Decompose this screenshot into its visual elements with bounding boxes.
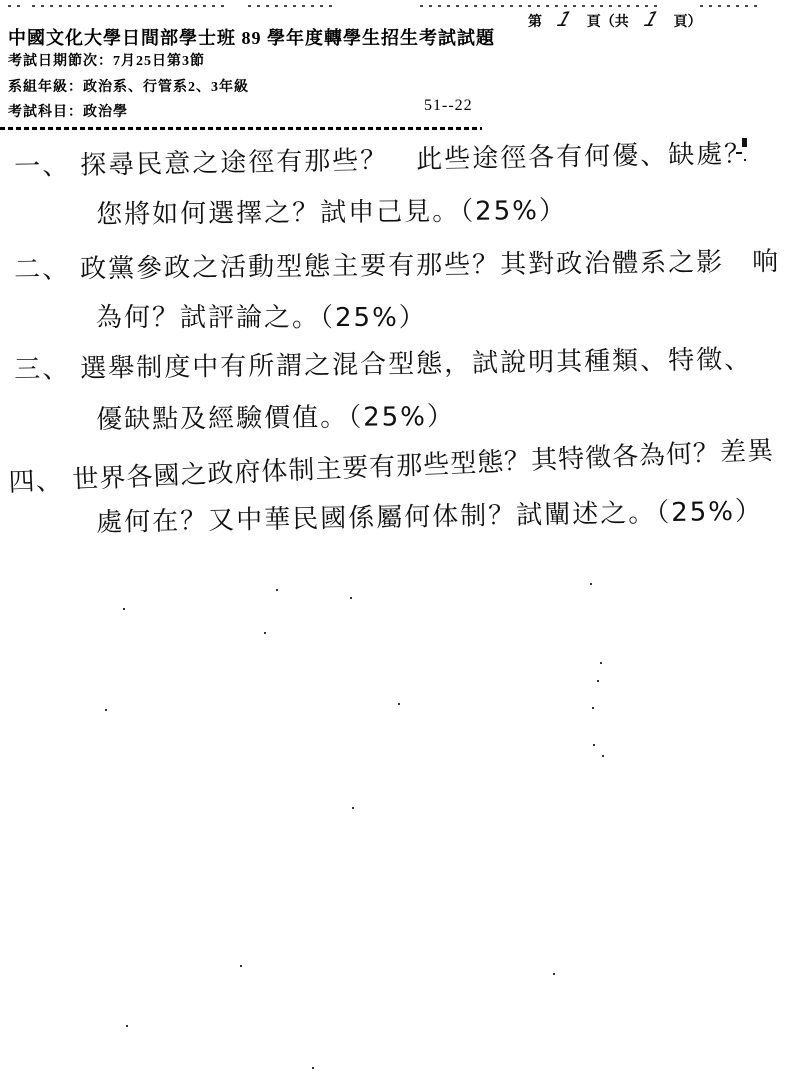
question-3-line-1: 三、 選舉制度中有所謂之混合型態，試說明其種類、特徵、: [14, 345, 752, 386]
scan-speckle: [126, 1025, 128, 1027]
question-3-line-2: 優缺點及經驗價值。（25%）: [96, 402, 455, 436]
question-3-text: 選舉制度中有所謂之混合型態，試說明其種類、特徵、: [80, 345, 752, 386]
scan-speckle: [350, 597, 352, 599]
scan-speckle: [590, 583, 592, 585]
scan-speckle: [553, 973, 555, 975]
question-4-line-2: 處何在？又中華民國係屬何体制？試闡述之。（25%）: [96, 496, 763, 539]
question-4-number: 四、: [8, 466, 63, 499]
exam-paper-scan: 第 1 頁（共 1 頁） 中國文化大學日間部學士班 89 學年度轉學生招生考試試…: [0, 0, 788, 1082]
question-1-number: 一、: [14, 151, 71, 183]
department-line: 系組年級：政治系、行管系2、3年級: [8, 76, 249, 96]
scan-dotted-line: [420, 5, 658, 7]
question-4-text: 世界各國之政府体制主要有那些型態？其特徵各為何？差異: [72, 436, 775, 497]
scan-speckle: [240, 965, 242, 967]
scan-speckle: [312, 1067, 314, 1069]
question-2-line-1: 二、 政黨參政之活動型態主要有那些？其對政治體系之影 响: [14, 247, 780, 286]
question-2-text: 政黨參政之活動型態主要有那些？其對政治體系之影 响: [80, 247, 780, 286]
scan-dotted-line: [248, 5, 334, 7]
question-2-line-2: 為何？試評論之。（25%）: [96, 303, 427, 334]
question-3-number: 三、: [14, 354, 70, 386]
question-4-line-1: 四、 世界各國之政府体制主要有那些型態？其特徵各為何？差異: [8, 436, 775, 499]
exam-date-line: 考試日期節次：7月25日第3節: [8, 50, 205, 70]
scan-speckle: [276, 589, 278, 591]
scan-speckle: [593, 744, 595, 746]
scan-dotted-line: [700, 5, 762, 7]
scan-speckle: [597, 680, 599, 682]
scan-speckle: [352, 807, 354, 809]
handwritten-total-pages: 1: [634, 11, 667, 27]
scan-dotted-line: [32, 5, 230, 7]
question-1-line-1: 一、 探尋民意之途徑有那些？ 此些途徑各有何優、缺處？: [14, 139, 752, 183]
question-2-number: 二、: [14, 254, 70, 286]
scan-dotted-line: [8, 5, 20, 7]
scan-speckle: [602, 755, 604, 757]
scan-speckle: [592, 707, 594, 709]
scan-speckle: [264, 632, 266, 634]
question-1-line-2: 您將如何選擇之？試申己見。（25%）: [96, 196, 567, 231]
document-title: 中國文化大學日間部學士班 89 學年度轉學生招生考試試題: [8, 24, 495, 50]
header-separator-line: [0, 127, 482, 130]
page-number-row: 第 1 頁（共 1 頁）: [528, 11, 701, 31]
scan-speckle: [398, 703, 400, 705]
page-label-mid: 頁（共: [587, 11, 629, 31]
subject-line: 考試科目：政治學: [8, 101, 128, 121]
page-label-last: 頁）: [673, 11, 701, 31]
paper-code: 51--22: [424, 97, 473, 115]
page-label-first: 第: [528, 11, 542, 31]
scan-speckle: [105, 709, 107, 711]
scan-speckle: [123, 608, 125, 610]
question-1-text: 探尋民意之途徑有那些？ 此些途徑各有何優、缺處？: [80, 139, 752, 182]
scan-speckle: [600, 662, 602, 664]
handwritten-page-number: 1: [548, 11, 581, 27]
